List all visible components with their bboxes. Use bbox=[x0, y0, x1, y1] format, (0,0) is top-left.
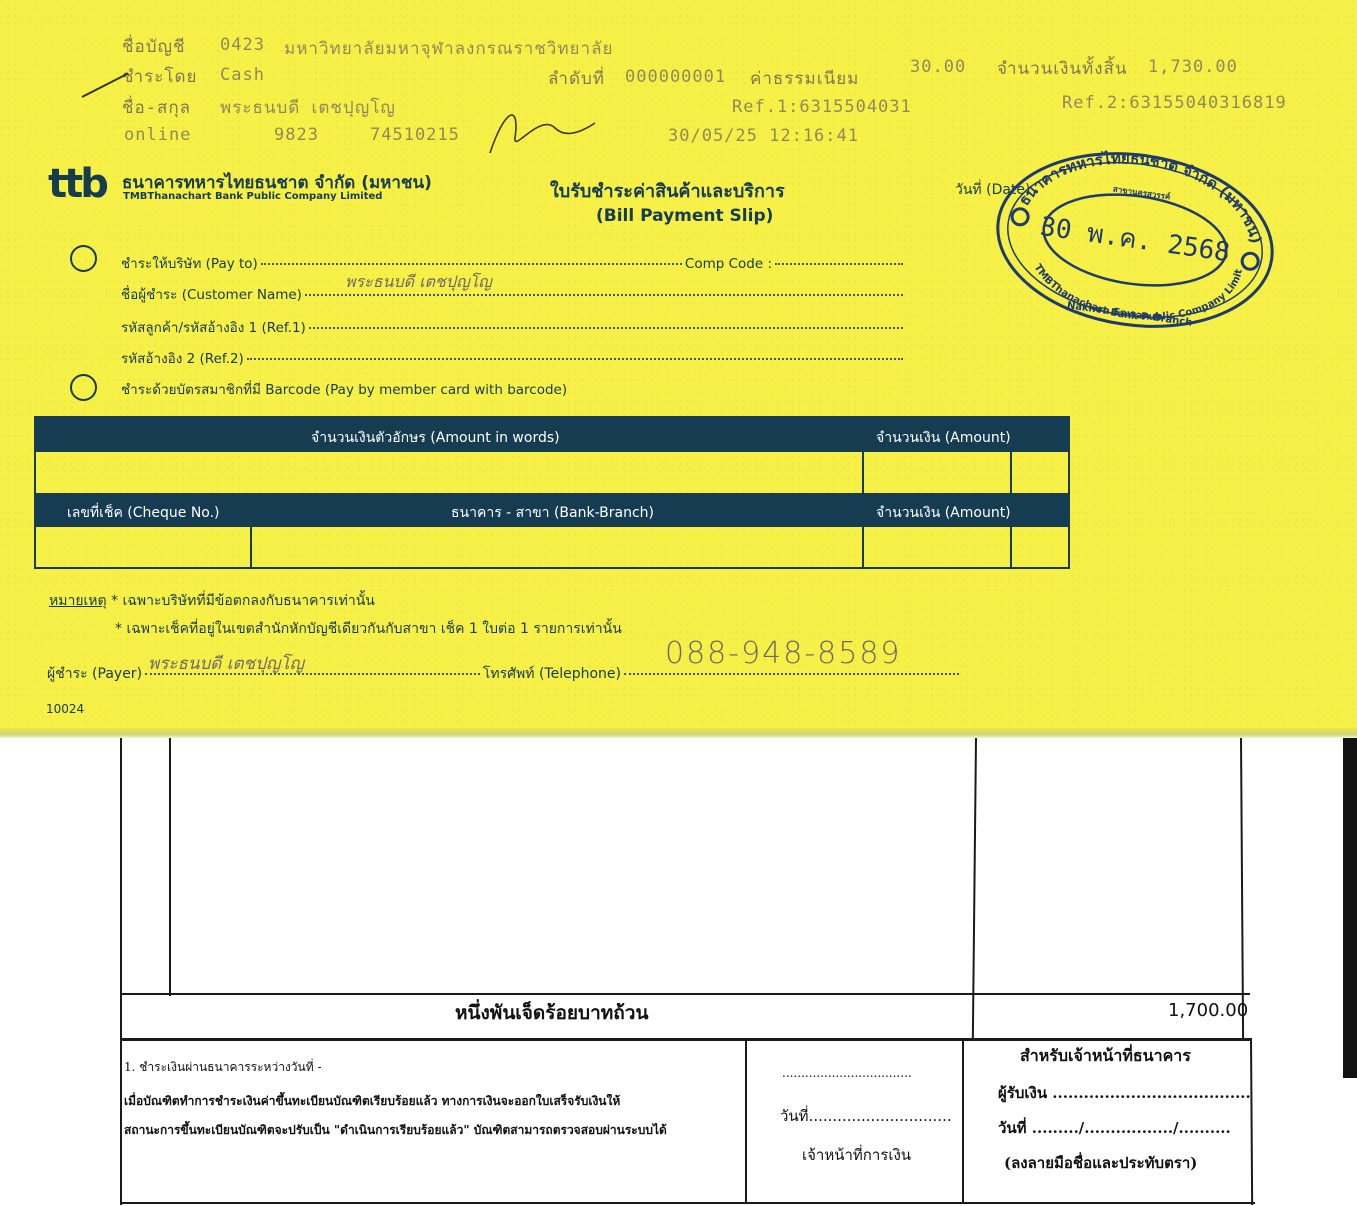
bank-branch-header: ธนาคาร - สาขา (Bank-Branch) bbox=[451, 502, 654, 524]
amount-table: จำนวนเงินตัวอักษร (Amount in words) จำนว… bbox=[34, 416, 1070, 569]
telephone-label: โทรศัพท์ (Telephone) bbox=[483, 663, 621, 685]
branch-code: 9823 bbox=[274, 125, 319, 145]
channel-value: online bbox=[124, 125, 191, 145]
amount-header-2: จำนวนเงิน (Amount) bbox=[876, 502, 1011, 524]
ref1-value: Ref.1:6315504031 bbox=[732, 97, 912, 117]
invoice-amount-in-words: หนึ่งพันเจ็ดร้อยบาทถ้วน bbox=[455, 998, 648, 1028]
sequence-number: 000000001 bbox=[625, 67, 726, 87]
ttb-logo: ttb bbox=[48, 164, 106, 204]
ref1-row: รหัสลูกค้า/รหัสอ้างอิง 1 (Ref.1) bbox=[121, 316, 906, 338]
note-1: หมายเหตุ * เฉพาะบริษัทที่มีข้อตกลงกับธนา… bbox=[49, 590, 375, 612]
paid-by-value: Cash bbox=[220, 65, 265, 85]
total-label: จำนวนเงินทั้งสิ้น bbox=[997, 55, 1128, 82]
ref2-row: รหัสอ้างอิง 2 (Ref.2) bbox=[121, 347, 906, 369]
comp-code-field[interactable] bbox=[775, 263, 903, 265]
scan-edge bbox=[1343, 738, 1357, 1078]
pay-to-company-radio[interactable] bbox=[70, 245, 97, 272]
finance-signature-line: .................................. bbox=[782, 1066, 912, 1080]
finance-officer: เจ้าหน้าที่การเงิน bbox=[802, 1143, 911, 1167]
bank-officer-title: สำหรับเจ้าหน้าที่ธนาคาร bbox=[1020, 1044, 1191, 1069]
member-card-radio[interactable] bbox=[70, 374, 97, 401]
customer-name-row: ชื่อผู้ชำระ (Customer Name) bbox=[121, 283, 906, 305]
ref1-field[interactable] bbox=[309, 327, 903, 329]
bank-stamp: ธนาคารทหารไทยธนชาต จำกัด (มหาชน) TMBThan… bbox=[990, 145, 1280, 335]
telephone-handwriting: 088-948-8589 bbox=[665, 636, 902, 671]
pay-to-field[interactable] bbox=[261, 263, 682, 265]
payer-label: ผู้ชำระ (Payer) bbox=[47, 663, 142, 685]
telephone-field[interactable] bbox=[624, 673, 959, 675]
instruction-1: 1. ชำระเงินผ่านธนาคารระหว่างวันที่ - bbox=[124, 1058, 322, 1077]
comp-code-label: Comp Code : bbox=[685, 256, 772, 272]
finance-date: วันที่.............................. bbox=[780, 1104, 952, 1128]
invoice-amount: 1,700.00 bbox=[1168, 1000, 1248, 1021]
ref1-label: รหัสลูกค้า/รหัสอ้างอิง 1 (Ref.1) bbox=[121, 316, 306, 338]
transaction-datetime: 30/05/25 12:16:41 bbox=[668, 126, 859, 146]
amount-header-row: จำนวนเงินตัวอักษร (Amount in words) จำนว… bbox=[36, 418, 1068, 452]
bank-name-en: TMBThanachart Bank Public Company Limite… bbox=[123, 191, 382, 202]
sign-and-stamp-note: (ลงลายมือชื่อและประทับตรา) bbox=[1004, 1151, 1197, 1175]
account-name: มหาวิทยาลัยมหาจุฬาลงกรณราชวิทยาลัย bbox=[284, 35, 613, 62]
member-card-row: ชำระด้วยบัตรสมาชิกที่มี Barcode (Pay by … bbox=[121, 378, 567, 400]
svg-text:สาขานครสวรรค์: สาขานครสวรรค์ bbox=[1112, 183, 1171, 201]
member-card-label: ชำระด้วยบัตรสมาชิกที่มี Barcode (Pay by … bbox=[121, 378, 567, 400]
ref2-field[interactable] bbox=[247, 358, 903, 360]
instruction-3: สถานะการขึ้นทะเบียนบัณฑิตจะปรับเป็น "ดำเ… bbox=[124, 1121, 667, 1140]
pay-to-row: ชำระให้บริษัท (Pay to) Comp Code : bbox=[121, 252, 906, 274]
customer-name-handwriting: พระธนบดี เตชปุญโญ bbox=[345, 270, 492, 295]
teller-signature bbox=[485, 108, 605, 158]
cheque-no-header: เลขที่เช็ค (Cheque No.) bbox=[67, 502, 220, 524]
payer-handwriting: พระธนบดี เตชปุญโญ bbox=[148, 650, 304, 677]
receiver-line: ผู้รับเงิน .............................… bbox=[998, 1081, 1251, 1105]
pay-to-label: ชำระให้บริษัท (Pay to) bbox=[121, 252, 258, 274]
total-value: 1,730.00 bbox=[1148, 57, 1238, 77]
fee-value: 30.00 bbox=[910, 57, 966, 77]
amount-header: จำนวนเงิน (Amount) bbox=[876, 427, 1011, 449]
amount-in-words-header: จำนวนเงินตัวอักษร (Amount in words) bbox=[311, 427, 560, 449]
account-label: ชื่อบัญชี bbox=[122, 33, 186, 60]
svg-text:30 พ.ค. 2568: 30 พ.ค. 2568 bbox=[1038, 212, 1231, 268]
ref2-label: รหัสอ้างอิง 2 (Ref.2) bbox=[121, 347, 244, 369]
note-label: หมายเหตุ bbox=[49, 593, 107, 609]
customer-name-label: ชื่อผู้ชำระ (Customer Name) bbox=[121, 283, 302, 305]
instruction-2: เมื่อบัณฑิตทำการชำระเงินค่าขึ้นทะเบียนบั… bbox=[124, 1092, 620, 1111]
cheque-header-row: เลขที่เช็ค (Cheque No.) ธนาคาร - สาขา (B… bbox=[36, 493, 1068, 527]
fee-label: ค่าธรรมเนียม bbox=[750, 65, 859, 92]
account-code: 0423 bbox=[220, 35, 265, 55]
bill-payment-slip: ชื่อบัญชี 0423 มหาวิทยาลัยมหาจุฬาลงกรณรา… bbox=[0, 0, 1357, 738]
bank-date-line: วันที่ ........./................./.....… bbox=[998, 1116, 1231, 1140]
note-2: * เฉพาะเช็คที่อยู่ในเขตสำนักหักบัญชีเดีย… bbox=[115, 618, 622, 640]
ref2-value: Ref.2:63155040316819 bbox=[1062, 93, 1287, 113]
paid-by-label: ชำระโดย bbox=[122, 63, 197, 90]
terminal-id: 74510215 bbox=[370, 125, 460, 145]
slip-title-th: ใบรับชำระค่าสินค้าและบริการ bbox=[550, 176, 785, 205]
name-value: พระธนบดี เตชปุญโญ bbox=[220, 94, 396, 121]
form-number: 10024 bbox=[46, 702, 84, 716]
slip-title-en: (Bill Payment Slip) bbox=[596, 206, 773, 226]
sequence-label: ลำดับที่ bbox=[548, 65, 605, 92]
name-label: ชื่อ-สกุล bbox=[122, 94, 191, 121]
